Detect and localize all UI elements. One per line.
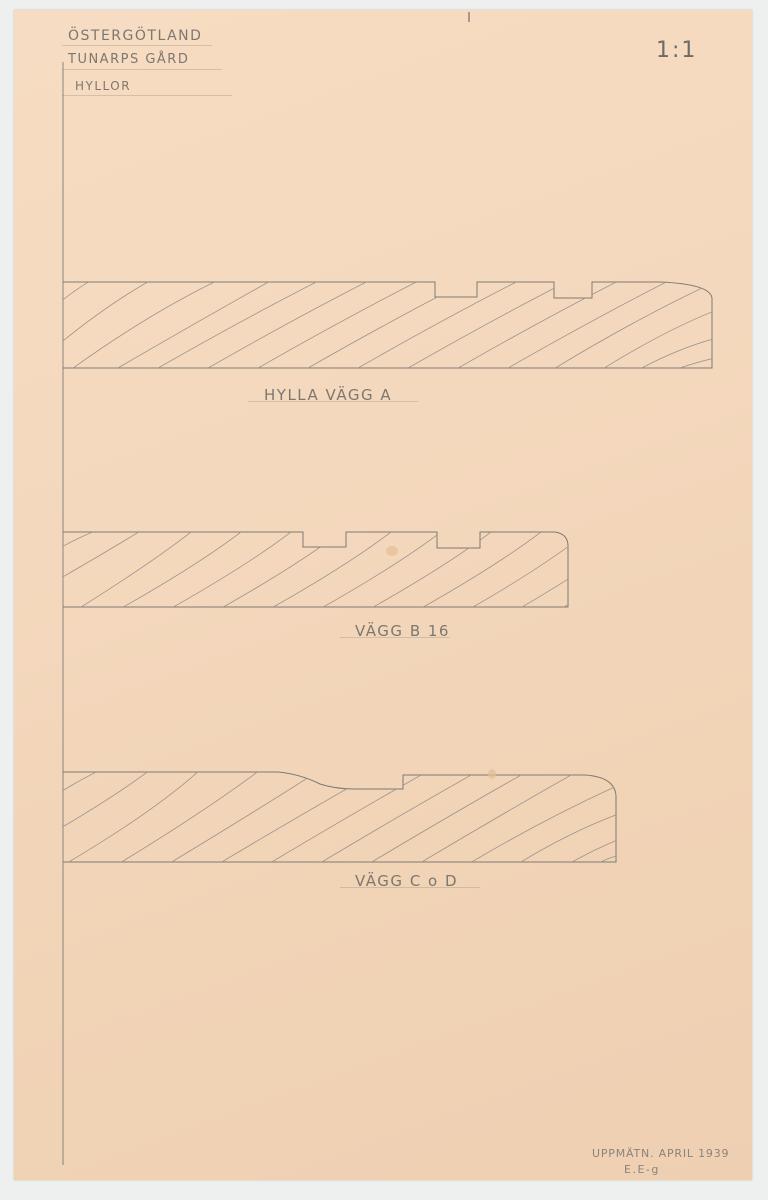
profile-a-shape: [40, 270, 730, 390]
subject-title: HYLLOR: [75, 79, 131, 93]
profile-a-label: HYLLA VÄGG A: [264, 386, 392, 404]
signature: E.E-g: [624, 1163, 660, 1176]
profile-b-shape: [40, 525, 590, 620]
profile-c-label: VÄGG C o D: [355, 872, 458, 890]
farm-title: TUNARPS GÅRD: [68, 52, 189, 67]
profile-b-label: VÄGG B 16: [355, 622, 450, 640]
guide-line: [62, 45, 212, 46]
guide-line: [62, 69, 222, 70]
technical-drawing: [0, 0, 768, 1200]
scale-label: 1:1: [656, 38, 697, 63]
profile-c-shape: [40, 769, 630, 875]
region-title: ÖSTERGÖTLAND: [68, 28, 202, 44]
measured-date: UPPMÄTN. APRIL 1939: [592, 1147, 729, 1160]
guide-line: [62, 95, 232, 96]
